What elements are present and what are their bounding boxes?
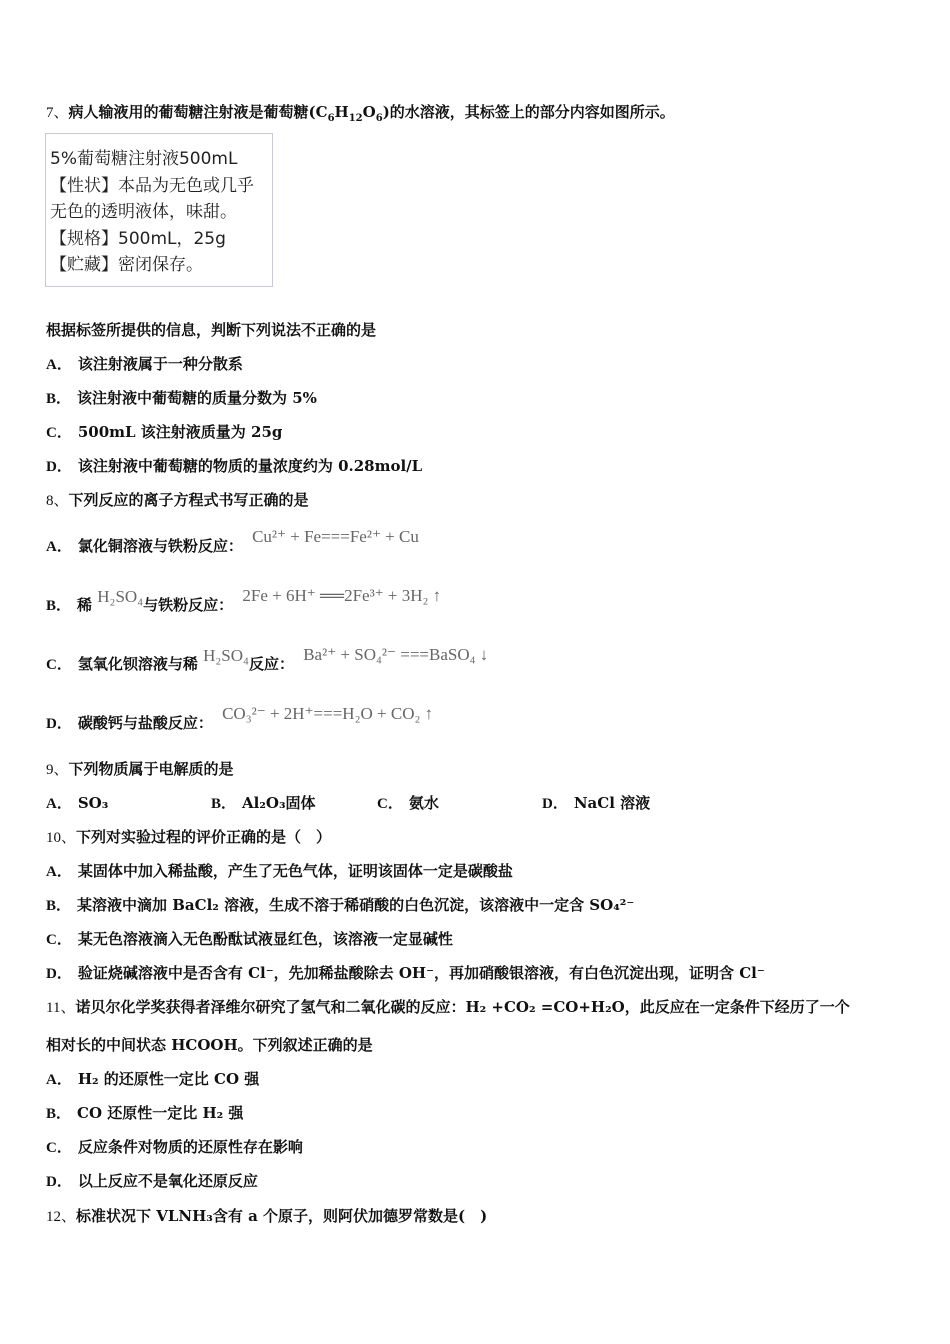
question-number: 8、 bbox=[46, 493, 69, 509]
option-text: H₂ 的还原性一定比 CO 强 bbox=[78, 1070, 259, 1088]
q11-stem-line2: 相对长的中间状态 HCOOH。下列叙述正确的是 bbox=[46, 1035, 373, 1055]
option-text: 稀 bbox=[77, 596, 92, 614]
option-text: Al₂O₃固体 bbox=[242, 794, 316, 812]
q10-stem: 10、下列对实验过程的评价正确的是（ ） bbox=[46, 827, 331, 848]
q11-option-b: B．CO 还原性一定比 H₂ 强 bbox=[46, 1103, 243, 1124]
q11-option-d: D．以上反应不是氧化还原反应 bbox=[46, 1171, 258, 1192]
question-number: 11、 bbox=[46, 1000, 75, 1016]
q9-option-a: A．SO₃ bbox=[46, 793, 108, 814]
q8-option-d: D．碳酸钙与盐酸反应： CO₃²⁻ + 2H⁺===H₂O + CO₂ ↑ bbox=[46, 713, 433, 734]
option-label: C． bbox=[46, 1140, 72, 1156]
q8-stem: 8、下列反应的离子方程式书写正确的是 bbox=[46, 490, 309, 511]
option-text: 该注射液属于一种分散系 bbox=[78, 355, 243, 373]
option-text: SO₃ bbox=[78, 794, 108, 812]
q10-option-a: A．某固体中加入稀盐酸，产生了无色气体，证明该固体一定是碳酸盐 bbox=[46, 861, 513, 882]
option-label: D． bbox=[46, 966, 72, 982]
option-label: D． bbox=[46, 459, 72, 475]
question-number: 7、 bbox=[46, 105, 69, 121]
label-line: 5%葡萄糖注射液500mL bbox=[50, 146, 272, 173]
option-text: 以上反应不是氧化还原反应 bbox=[78, 1172, 258, 1190]
stem-text: 下列反应的离子方程式书写正确的是 bbox=[69, 491, 309, 509]
option-text: 500mL 该注射液质量为 25g bbox=[78, 423, 283, 441]
option-text: CO 还原性一定比 H₂ 强 bbox=[77, 1104, 243, 1122]
label-line: 无色的透明液体，味甜。 bbox=[50, 199, 272, 226]
option-text: 该注射液中葡萄糖的物质的量浓度约为 0.28mol/L bbox=[78, 457, 422, 475]
q8-option-c: C．氢氧化钡溶液与稀 H₂SO₄反应： Ba²⁺ + SO₄²⁻ ===BaSO… bbox=[46, 654, 488, 675]
subscript: 12 bbox=[349, 113, 363, 124]
option-text: 氯化铜溶液与铁粉反应： bbox=[78, 537, 243, 555]
q11-stem-line1: 11、诺贝尔化学奖获得者泽维尔研究了氢气和二氧化碳的反应：H₂ +CO₂ =CO… bbox=[46, 997, 850, 1018]
equation: Ba²⁺ + SO₄²⁻ ===BaSO₄ ↓ bbox=[303, 645, 488, 664]
option-text: 氢氧化钡溶液与稀 bbox=[78, 655, 198, 673]
option-label: C． bbox=[46, 425, 72, 441]
q10-option-b: B．某溶液中滴加 BaCl₂ 溶液，生成不溶于稀硝酸的白色沉淀，该溶液中一定含 … bbox=[46, 895, 634, 916]
option-label: C． bbox=[46, 932, 72, 948]
q7-option-a: A．该注射液属于一种分散系 bbox=[46, 354, 243, 375]
q11-option-a: A．H₂ 的还原性一定比 CO 强 bbox=[46, 1069, 259, 1090]
option-label: A． bbox=[46, 796, 72, 812]
option-label: B． bbox=[46, 391, 71, 407]
subscript: 6 bbox=[376, 113, 383, 124]
option-text: 反应： bbox=[249, 655, 294, 673]
stem-text: 病人输液用的葡萄糖注射液是葡萄糖(C bbox=[69, 103, 328, 121]
option-label: B． bbox=[46, 898, 71, 914]
stem-text: 诺贝尔化学奖获得者泽维尔研究了氢气和二氧化碳的反应：H₂ +CO₂ =CO+H₂… bbox=[75, 998, 849, 1016]
label-line: 【规格】500mL，25g bbox=[50, 226, 272, 253]
product-label-image: 5%葡萄糖注射液500mL 【性状】本品为无色或几乎 无色的透明液体，味甜。 【… bbox=[45, 133, 273, 287]
option-label: A． bbox=[46, 357, 72, 373]
q7-stem: 7、病人输液用的葡萄糖注射液是葡萄糖(C6H12O6)的水溶液，其标签上的部分内… bbox=[46, 102, 675, 123]
option-text: 碳酸钙与盐酸反应： bbox=[78, 714, 213, 732]
reagent-formula: H₂SO₄ bbox=[97, 587, 143, 606]
option-text: 某溶液中滴加 BaCl₂ 溶液，生成不溶于稀硝酸的白色沉淀，该溶液中一定含 SO… bbox=[77, 896, 634, 914]
option-label: A． bbox=[46, 539, 72, 555]
option-label: B． bbox=[211, 796, 236, 812]
q7-question: 根据标签所提供的信息，判断下列说法不正确的是 bbox=[46, 320, 376, 340]
option-label: A． bbox=[46, 864, 72, 880]
option-text: NaCl 溶液 bbox=[574, 794, 650, 812]
q11-option-c: C．反应条件对物质的还原性存在影响 bbox=[46, 1137, 303, 1158]
stem-text: H bbox=[335, 103, 349, 121]
q9-stem: 9、下列物质属于电解质的是 bbox=[46, 759, 234, 780]
q8-option-a: A．氯化铜溶液与铁粉反应： Cu²⁺ + Fe===Fe²⁺ + Cu bbox=[46, 536, 419, 557]
option-text: 某固体中加入稀盐酸，产生了无色气体，证明该固体一定是碳酸盐 bbox=[78, 862, 513, 880]
q8-option-b: B．稀 H₂SO₄与铁粉反应： 2Fe + 6H⁺ ══2Fe³⁺ + 3H₂ … bbox=[46, 595, 441, 616]
option-label: B． bbox=[46, 598, 71, 614]
question-number: 10、 bbox=[46, 830, 76, 846]
q12-stem: 12、标准状况下 VLNH₃含有 a 个原子，则阿伏加德罗常数是( ) bbox=[46, 1206, 487, 1227]
question-number: 12、 bbox=[46, 1209, 76, 1225]
q7-option-b: B．该注射液中葡萄糖的质量分数为 5% bbox=[46, 388, 317, 409]
option-label: C． bbox=[377, 796, 403, 812]
stem-text: 下列物质属于电解质的是 bbox=[69, 760, 234, 778]
option-label: D． bbox=[542, 796, 568, 812]
equation: CO₃²⁻ + 2H⁺===H₂O + CO₂ ↑ bbox=[222, 704, 433, 723]
option-text: 某无色溶液滴入无色酚酞试液显红色，该溶液一定显碱性 bbox=[78, 930, 453, 948]
q9-option-d: D．NaCl 溶液 bbox=[542, 793, 650, 814]
q9-option-b: B．Al₂O₃固体 bbox=[211, 793, 316, 814]
option-label: A． bbox=[46, 1072, 72, 1088]
q9-option-c: C．氨水 bbox=[377, 793, 439, 814]
q7-option-d: D．该注射液中葡萄糖的物质的量浓度约为 0.28mol/L bbox=[46, 456, 422, 477]
stem-text: O bbox=[363, 103, 376, 121]
stem-text: 标准状况下 VLNH₃含有 a 个原子，则阿伏加德罗常数是( ) bbox=[76, 1207, 487, 1225]
label-line: 【性状】本品为无色或几乎 bbox=[50, 173, 272, 200]
option-label: C． bbox=[46, 657, 72, 673]
option-text: 反应条件对物质的还原性存在影响 bbox=[78, 1138, 303, 1156]
label-line: 【贮藏】密闭保存。 bbox=[50, 252, 272, 279]
option-text: 与铁粉反应： bbox=[143, 596, 233, 614]
q10-option-d: D．验证烧碱溶液中是否含有 Cl⁻，先加稀盐酸除去 OH⁻，再加硝酸银溶液，有白… bbox=[46, 963, 765, 984]
subscript: 6 bbox=[328, 113, 335, 124]
option-label: D． bbox=[46, 1174, 72, 1190]
option-text: 该注射液中葡萄糖的质量分数为 5% bbox=[77, 389, 317, 407]
q10-option-c: C．某无色溶液滴入无色酚酞试液显红色，该溶液一定显碱性 bbox=[46, 929, 453, 950]
option-text: 氨水 bbox=[409, 794, 439, 812]
q7-option-c: C．500mL 该注射液质量为 25g bbox=[46, 422, 282, 443]
stem-text: 下列对实验过程的评价正确的是（ ） bbox=[76, 828, 331, 846]
question-number: 9、 bbox=[46, 762, 69, 778]
equation: 2Fe + 6H⁺ ══2Fe³⁺ + 3H₂ ↑ bbox=[242, 586, 441, 605]
option-label: D． bbox=[46, 716, 72, 732]
option-label: B． bbox=[46, 1106, 71, 1122]
equation: Cu²⁺ + Fe===Fe²⁺ + Cu bbox=[252, 527, 419, 546]
option-text: 验证烧碱溶液中是否含有 Cl⁻，先加稀盐酸除去 OH⁻，再加硝酸银溶液，有白色沉… bbox=[78, 964, 765, 982]
q9-options: A．SO₃ B．Al₂O₃固体 C．氨水 D．NaCl 溶液 bbox=[46, 793, 906, 813]
reagent-formula: H₂SO₄ bbox=[203, 646, 249, 665]
stem-text: )的水溶液，其标签上的部分内容如图所示。 bbox=[383, 103, 675, 121]
